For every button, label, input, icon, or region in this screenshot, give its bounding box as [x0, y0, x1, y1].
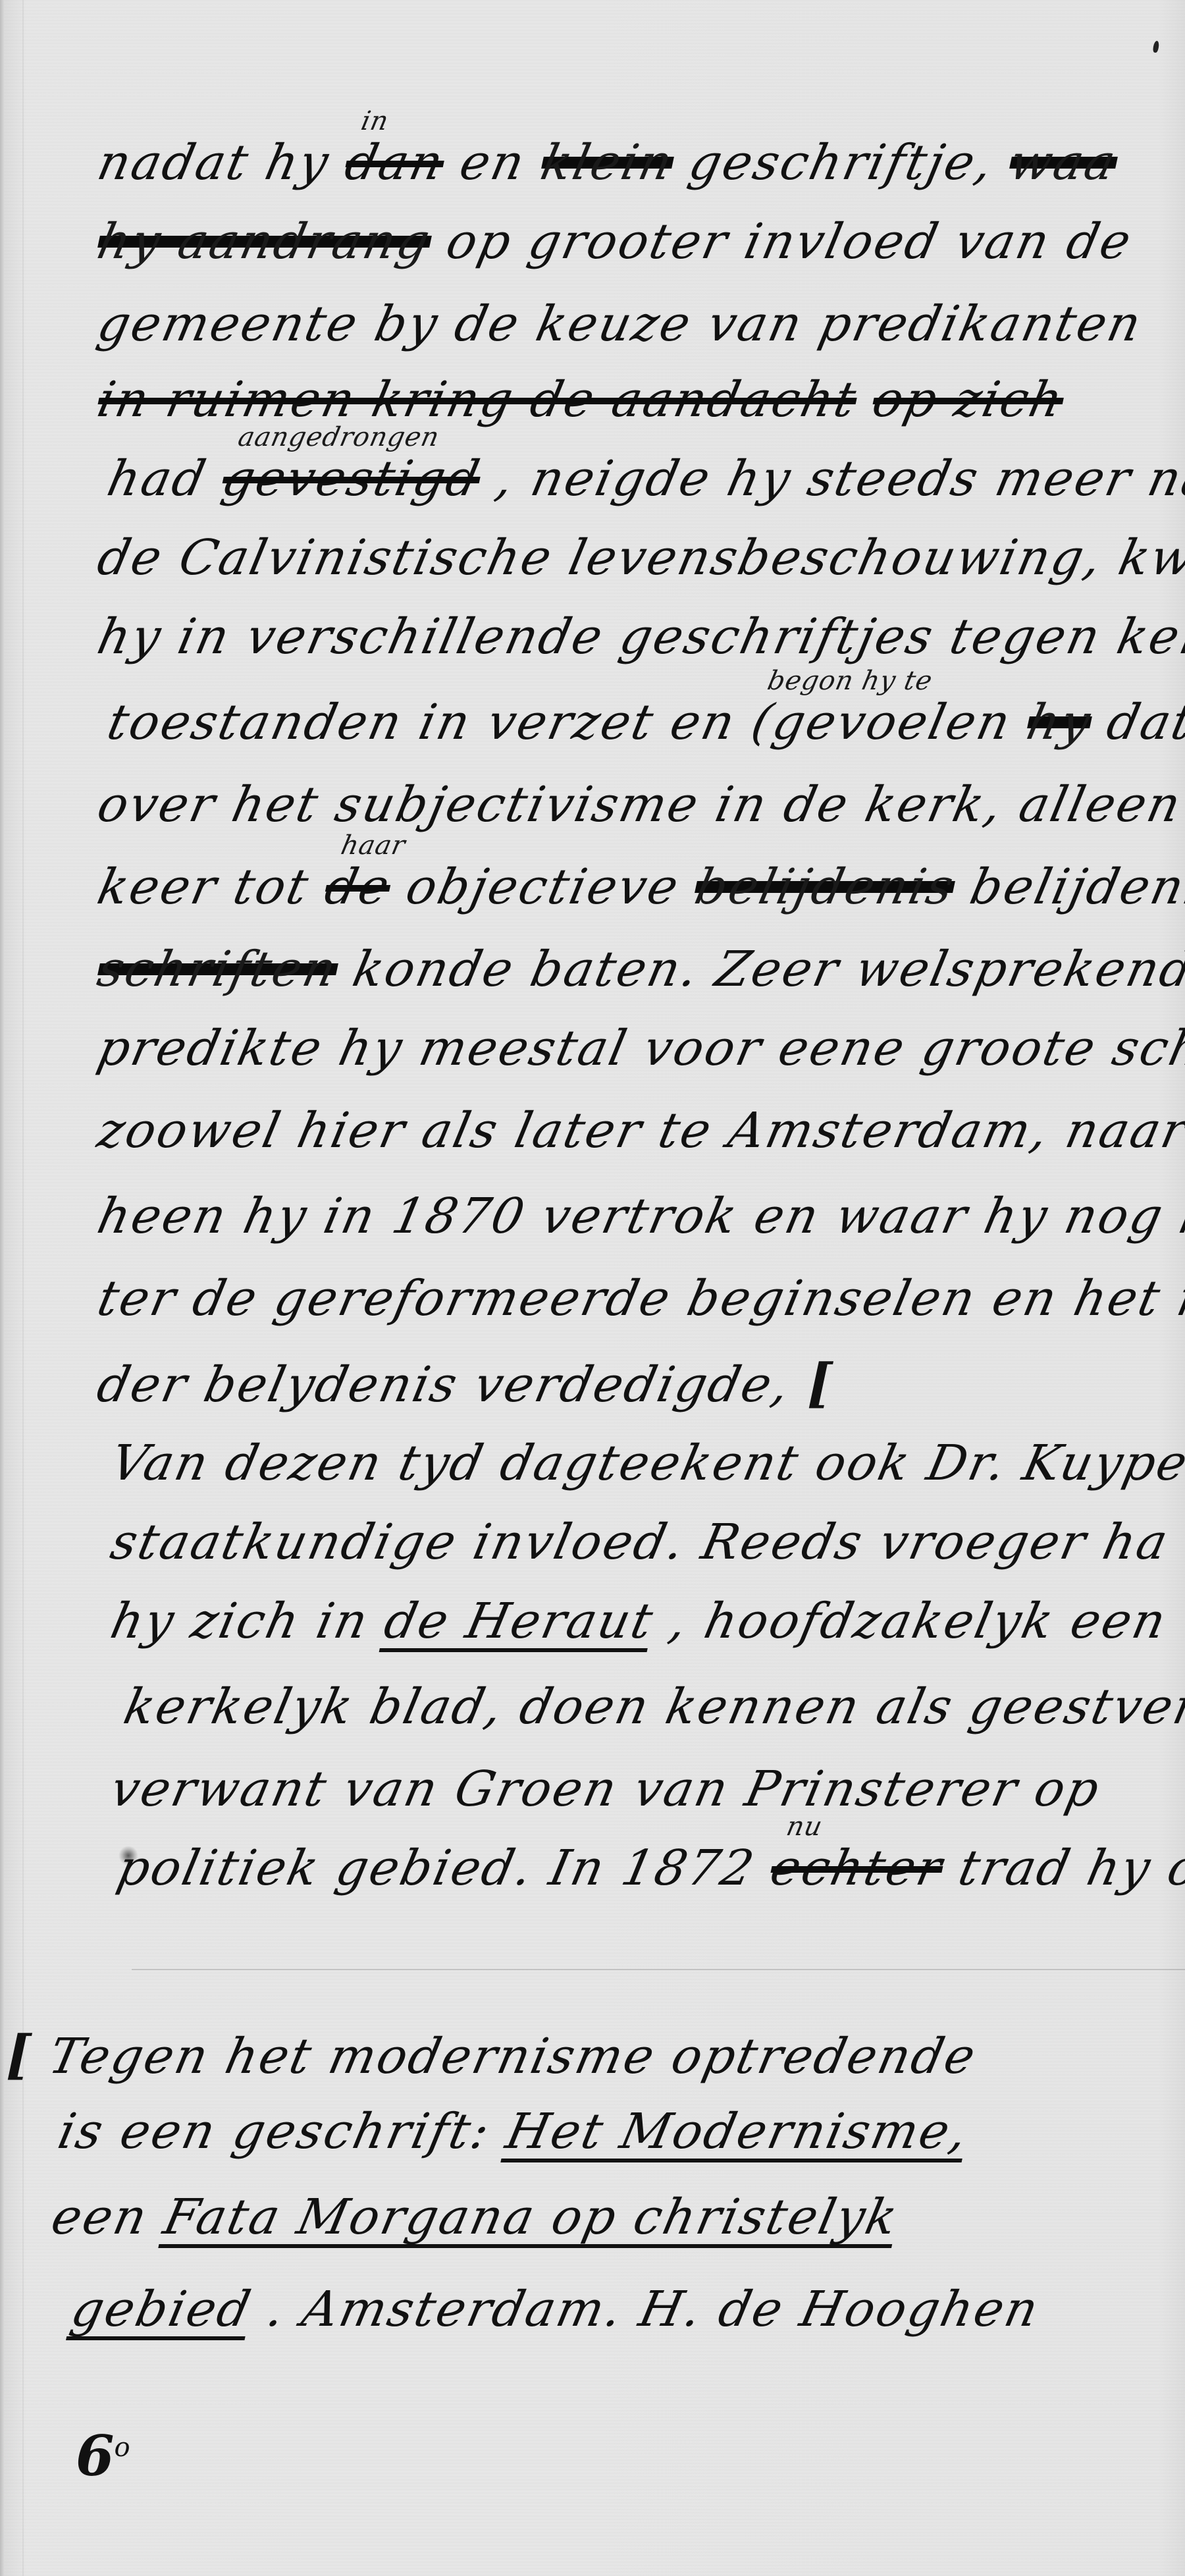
handwritten-text: nadat hy: [93, 138, 334, 187]
handwritten-text: staatkundige invloed. Reeds vroeger ha: [107, 1518, 1173, 1567]
interlinear-insertion: in: [359, 108, 391, 134]
handwritten-text: een: [47, 2193, 153, 2241]
main_text-line: de Calvinistische levensbeschouwing, kwa…: [93, 533, 1185, 582]
struck-text: in ruimen kring de aandacht: [93, 375, 862, 424]
handwritten-text: zoowel hier als later te Amsterdam, naar: [93, 1106, 1185, 1155]
main_text-line: toestanden in verzet en(gevoelenbegon hy…: [103, 698, 1185, 747]
handwritten-text: de Calvinistische levensbeschouwing, kwa…: [93, 533, 1185, 582]
editorial-bracket: [: [1, 2028, 39, 2081]
handwritten-text: hy zich in: [107, 1597, 373, 1646]
underlined-title: de Heraut: [381, 1597, 659, 1646]
footnote-divider: [132, 1969, 1185, 1970]
main_text-line: hy aandrangop grooter invloed van de: [93, 217, 1154, 266]
underlined-title: gebied: [67, 2285, 256, 2334]
ink-mark: [1152, 40, 1159, 53]
struck-text: klein: [537, 138, 678, 187]
footnote-line: [Tegen het modernisme optredende: [1, 2028, 999, 2081]
underlined-title: Fata Morgana op christelyk: [159, 2193, 903, 2241]
main_text-line: in ruimen kring de aandachtop zich: [93, 375, 1086, 424]
main_text-line: schriftenkonde baten. Zeer welsprekend: [93, 945, 1185, 994]
struck-text: belijdenis: [691, 863, 960, 911]
interlinear-insertion: haar: [338, 832, 408, 859]
editorial-bracket: [: [802, 1356, 840, 1409]
margin-rule: [22, 0, 24, 2576]
handwritten-text: over het subjectivisme in de kerk, allee…: [93, 780, 1185, 829]
footnote-line: eenFata Morgana op christelyk: [47, 2193, 920, 2241]
main_text-line: Van dezen tyd dagteekent ook Dr. Kuyper'…: [107, 1439, 1185, 1488]
main_text-line: der belydenis verdedigde,[: [93, 1356, 857, 1409]
interlinear-insertion: aangedrongen: [236, 424, 442, 450]
handwritten-text: is een geschrift:: [54, 2107, 495, 2156]
struck-text: echternu: [766, 1844, 948, 1892]
struck-text: waa: [1005, 138, 1121, 187]
handwritten-text: der belydenis verdedigde,: [93, 1360, 795, 1409]
handwritten-text: verwant van Groen van Prinsterer op: [107, 1765, 1105, 1813]
interlinear-insertion: nu: [784, 1813, 825, 1840]
folio-suffix: o: [114, 2432, 130, 2463]
struck-text: dehaar: [321, 863, 395, 911]
handwritten-text: gemeente by de keuze van predikanten: [93, 300, 1147, 348]
main_text-line: keer totdehaarobjectievebelijdenisbelijd…: [93, 863, 1185, 911]
footnote-line: is een geschrift:Het Modernisme,: [54, 2107, 990, 2156]
handwritten-text: toestanden in verzet en: [103, 698, 741, 747]
handwritten-text: ter de gereformeerde beginselen en het r…: [93, 1274, 1185, 1323]
main_text-line: heen hy in 1870 vertrok en waar hy nog b…: [93, 1192, 1185, 1241]
page-left-edge: [0, 0, 4, 2576]
footnote-line: gebied. Amsterdam. H. de Hooghen: [67, 2285, 1061, 2334]
handwritten-text: belijdenis: [966, 863, 1185, 911]
main_text-line: hy in verschillende geschriftjes tegen k…: [93, 612, 1185, 661]
main_text-line: hadgevestigdaangedrongen, neigde hy stee…: [103, 454, 1185, 503]
handwritten-text: hy in verschillende geschriftjes tegen k…: [93, 612, 1185, 661]
handwritten-text: . Amsterdam. H. de Hooghen: [263, 2285, 1044, 2334]
struck-text: schriften: [93, 945, 342, 994]
main_text-line: gemeente by de keuze van predikanten: [93, 300, 1164, 348]
handwritten-text: op grooter invloed van de: [442, 217, 1137, 266]
struck-text: op zich: [868, 375, 1068, 424]
folio-number: 6o: [76, 2423, 130, 2488]
struck-text: hy: [1023, 698, 1096, 747]
handwritten-text: heen hy in 1870 vertrok en waar hy nog b…: [93, 1192, 1185, 1241]
handwritten-text: konde baten. Zeer welsprekend: [349, 945, 1185, 994]
handwritten-text: , neigde hy steeds meer naar: [492, 454, 1185, 503]
main_text-line: over het subjectivisme in de kerk, allee…: [93, 780, 1185, 829]
main_text-line: ter de gereformeerde beginselen en het r…: [93, 1274, 1185, 1323]
handwritten-text: kerkelyk blad, doen kennen als geestver: [120, 1682, 1185, 1731]
struck-text: hy aandrang: [93, 217, 436, 266]
handwritten-text: Van dezen tyd dagteekent ook Dr. Kuyper'…: [107, 1439, 1185, 1488]
main_text-line: politiek gebied. In 1872echternutrad hy …: [113, 1844, 1185, 1892]
handwritten-text: had: [103, 454, 211, 503]
main_text-line: predikte hy meestal voor eene groote sch…: [93, 1024, 1185, 1073]
main_text-line: staatkundige invloed. Reeds vroeger ha: [107, 1518, 1185, 1567]
handwritten-text: politiek gebied. In 1872: [113, 1844, 760, 1892]
handwritten-text: geschriftje,: [685, 138, 998, 187]
interlinear-insertion: begon hy te: [765, 668, 935, 694]
handwritten-text: objectieve: [402, 863, 685, 911]
handwritten-text: keer tot: [93, 863, 314, 911]
struck-text: danin: [341, 138, 449, 187]
handwritten-text: dat tegen: [1103, 698, 1185, 747]
handwritten-text: en: [456, 138, 530, 187]
handwritten-text: Tegen het modernisme optredende: [45, 2032, 981, 2081]
main_text-line: verwant van Groen van Prinsterer op: [107, 1765, 1122, 1813]
handwritten-text: (gevoelenbegon hy te: [747, 698, 1016, 747]
handwritten-text: , hoofdzakelyk een: [666, 1597, 1172, 1646]
manuscript-page: nadat hydaninenkleingeschriftje,waahy aa…: [0, 0, 1185, 2576]
main_text-line: nadat hydaninenkleingeschriftje,waa: [93, 138, 1138, 187]
underlined-title: Het Modernisme,: [502, 2107, 973, 2156]
main_text-line: kerkelyk blad, doen kennen als geestver: [120, 1682, 1185, 1731]
folio-digit: 6: [76, 2423, 114, 2488]
handwritten-text: trad hy op: [955, 1844, 1185, 1892]
handwritten-text: predikte hy meestal voor eene groote sch…: [93, 1024, 1185, 1073]
struck-text: gevestigdaangedrongen: [218, 454, 485, 503]
main_text-line: hy zich inde Heraut, hoofdzakelyk een: [107, 1597, 1185, 1646]
main_text-line: zoowel hier als later te Amsterdam, naar: [93, 1106, 1185, 1155]
